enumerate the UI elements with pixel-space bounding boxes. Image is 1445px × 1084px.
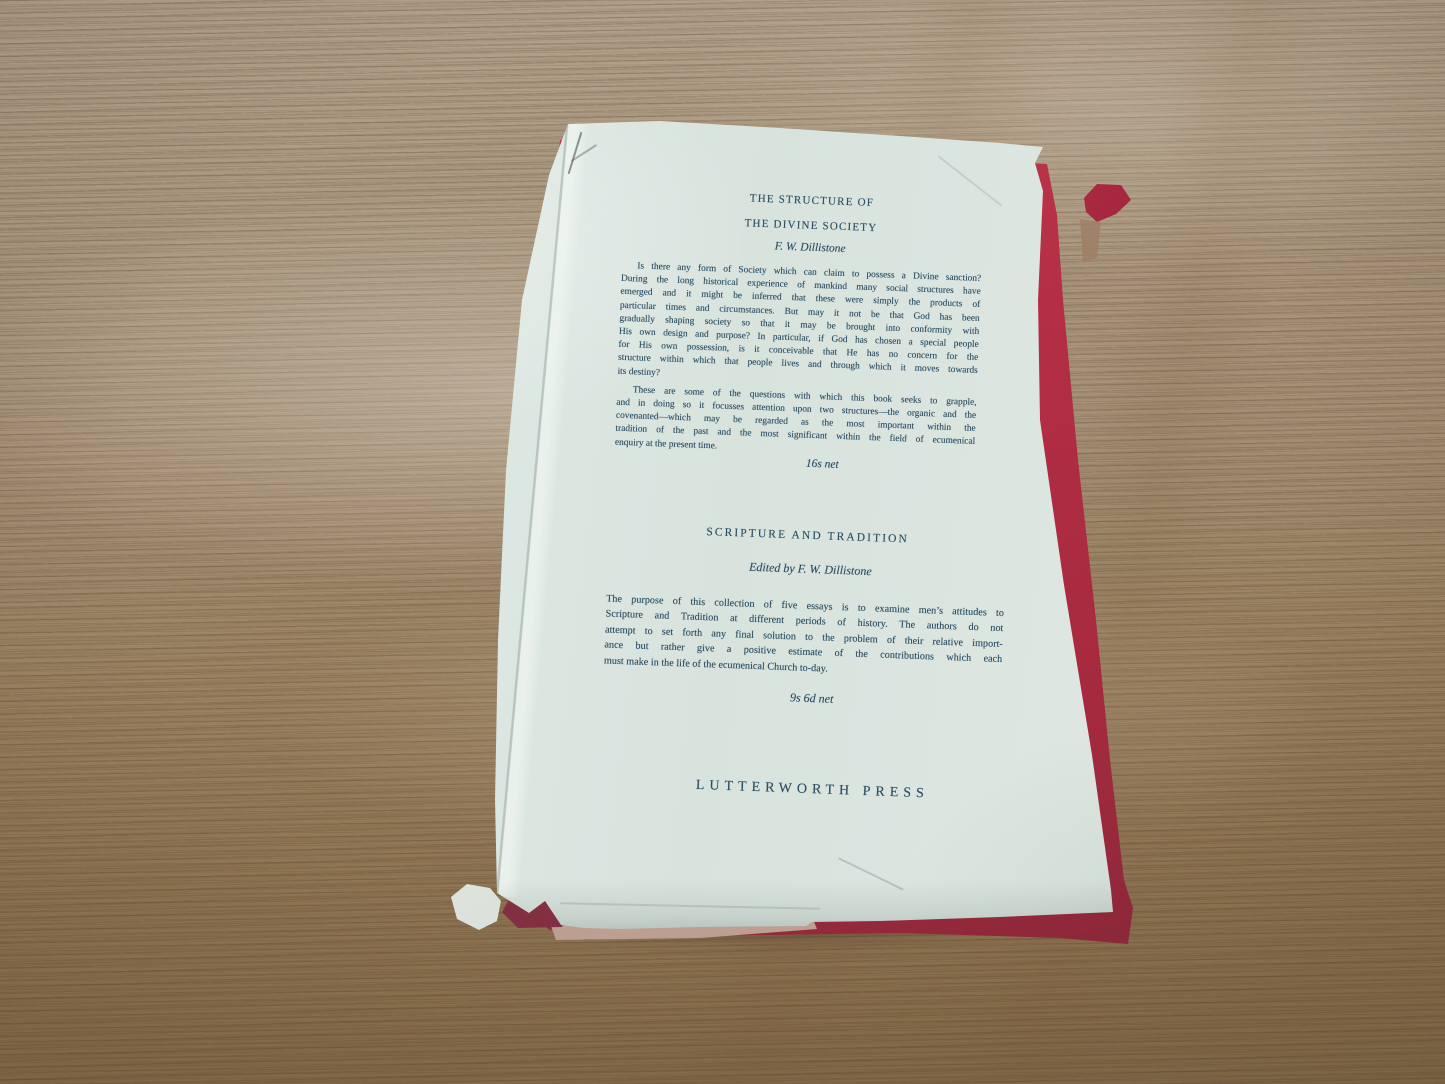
publisher-imprint: LUTTERWORTH PRESS (612, 774, 1012, 807)
book-photo-scene: THE STRUCTURE OF THE DIVINE SOCIETY F. W… (0, 0, 1445, 1084)
ad2-price: 9s 6d net (612, 684, 1012, 713)
ad2-editor: Edited by F. W. Dillistone (610, 554, 1010, 584)
ad2-title: SCRIPTURE AND TRADITION (607, 520, 1007, 551)
ad1-paragraph-2: These are some of the questions with whi… (615, 384, 977, 463)
ad1-paragraph-1: Is there any form of Society which can c… (617, 260, 981, 392)
jacket-text-block: THE STRUCTURE OF THE DIVINE SOCIETY F. W… (549, 112, 1055, 849)
ad2-paragraph: The purpose of this collection of five e… (604, 591, 1005, 683)
